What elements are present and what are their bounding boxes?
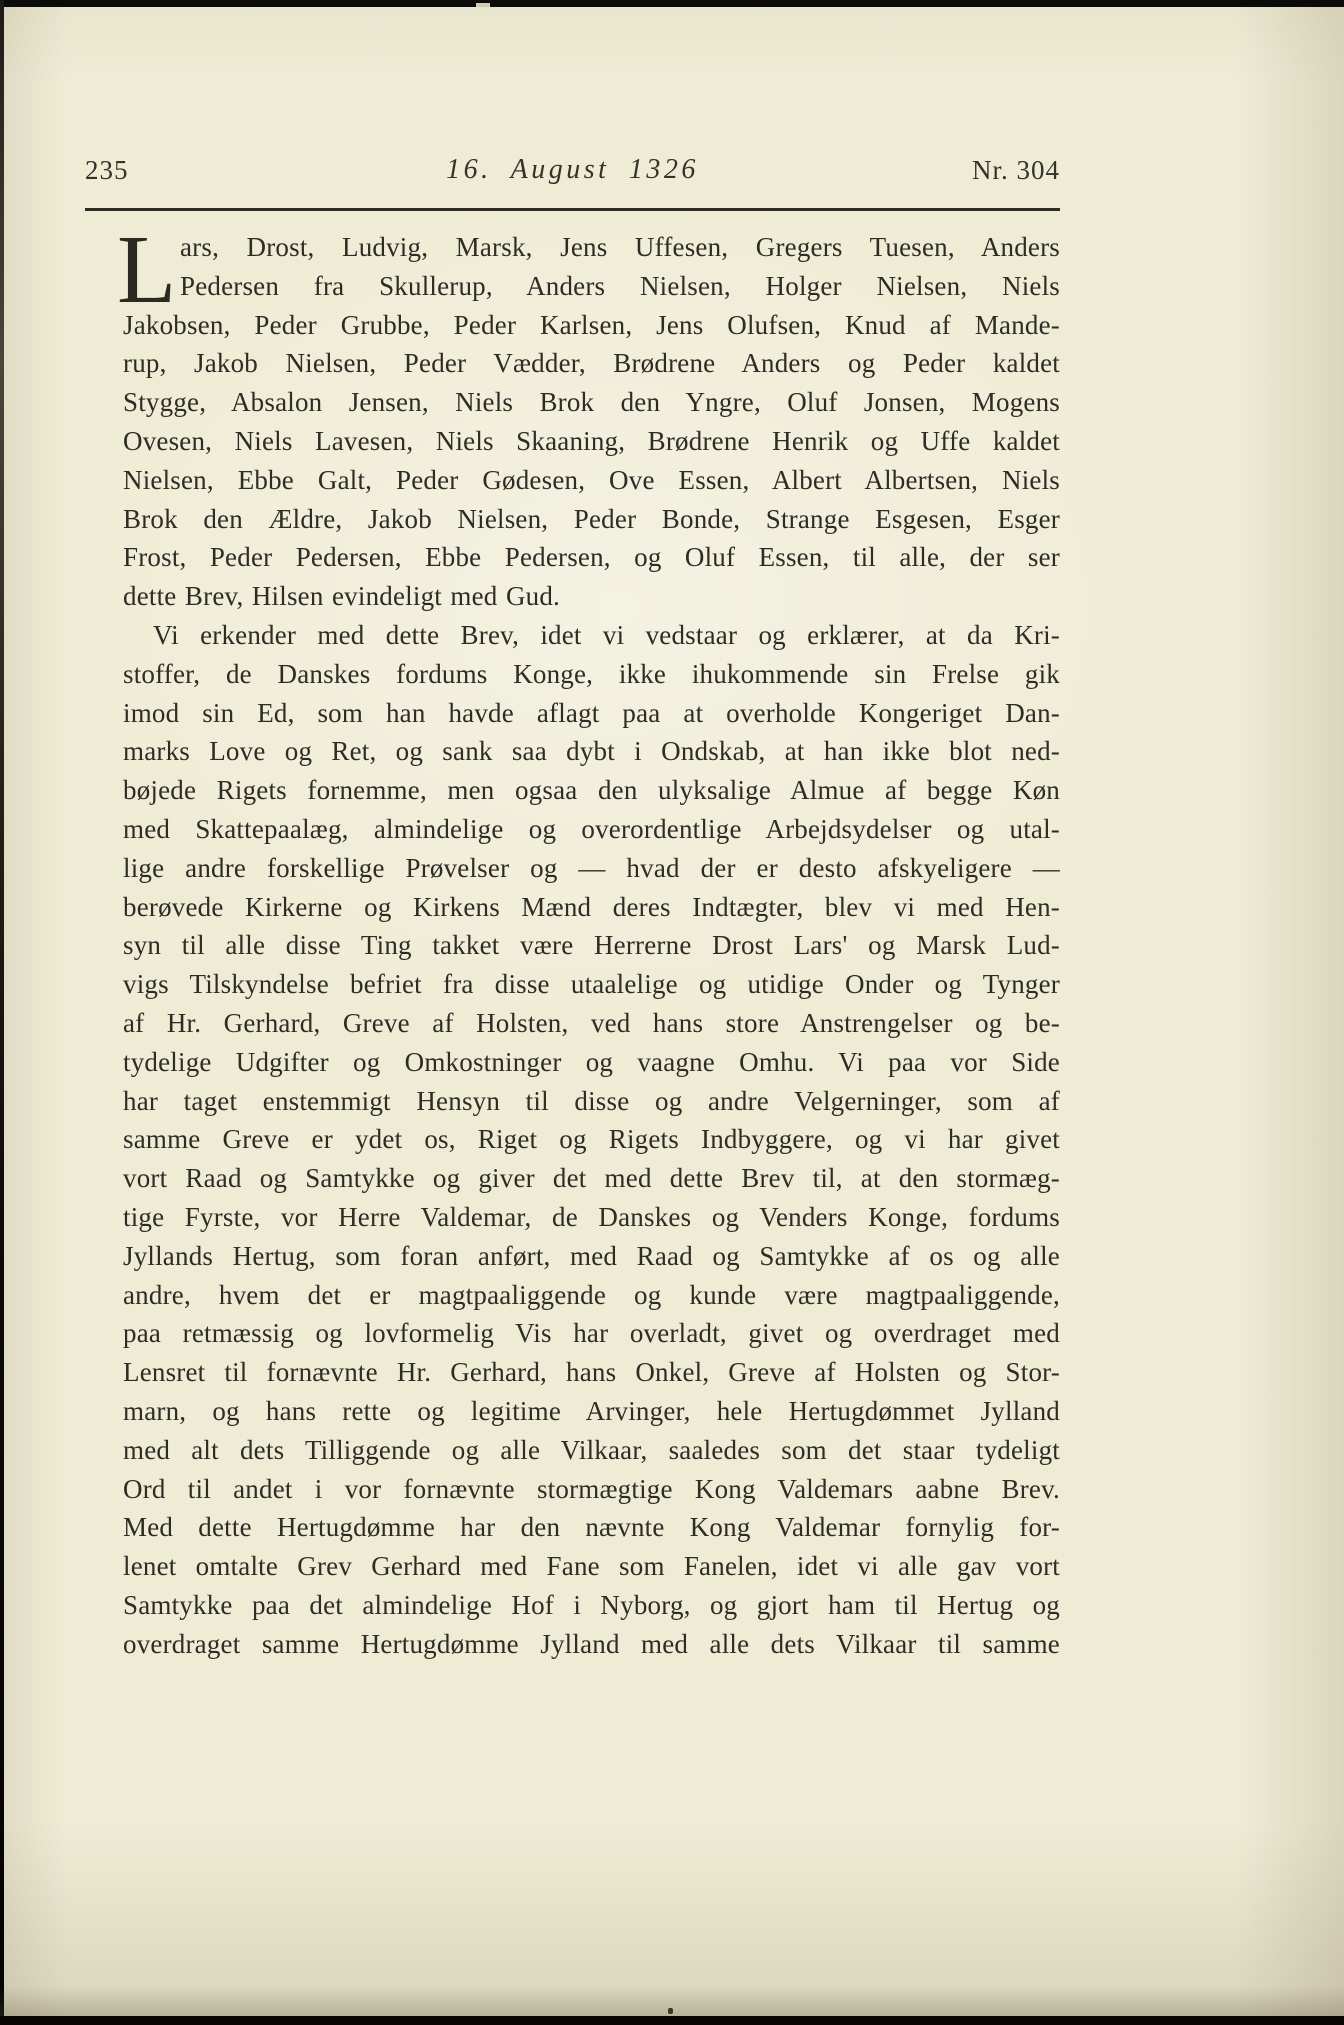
text-line: overdraget samme Hertugdømme Jylland med… [123,1625,1060,1664]
running-head-date: 16. August 1326 [85,154,1060,186]
text-line: tydelige Udgifter og Omkostninger og vaa… [123,1043,1060,1082]
scan-edge-left [0,0,4,2025]
text-line: Nielsen, Ebbe Galt, Peder Gødesen, Ove E… [123,461,1060,500]
text-line: Frost, Peder Pedersen, Ebbe Pedersen, og… [123,538,1060,577]
text-line: har taget enstemmigt Hensyn til disse og… [123,1082,1060,1121]
text-line: Jakobsen, Peder Grubbe, Peder Karlsen, J… [123,306,1060,345]
text-line: andre, hvem det er magtpaaliggende og ku… [123,1276,1060,1315]
text-line: vigs Tilskyndelse befriet fra disse utaa… [123,965,1060,1004]
text-line: tige Fyrste, vor Herre Valdemar, de Dans… [123,1198,1060,1237]
text-line: dette Brev, Hilsen evindeligt med Gud. [123,577,1060,616]
text-line: Brok den Ældre, Jakob Nielsen, Peder Bon… [123,500,1060,539]
text-line: Jyllands Hertug, som foran anført, med R… [123,1237,1060,1276]
page-header: 235 16. August 1326 Nr. 304 [85,152,1060,186]
text-line: marn, og hans rette og legitime Arvinger… [123,1392,1060,1431]
text-line: berøvede Kirkerne og Kirkens Mænd deres … [123,888,1060,927]
text-line: vort Raad og Samtykke og giver det med d… [123,1159,1060,1198]
text-line: med Skattepaalæg, almindelige og overord… [123,810,1060,849]
text-line: paa retmæssig og lovformelig Vis har ove… [123,1314,1060,1353]
text-line: Pedersen fra Skullerup, Anders Nielsen, … [123,267,1060,306]
text-line: Lensret til fornævnte Hr. Gerhard, hans … [123,1353,1060,1392]
text-line: af Hr. Gerhard, Greve af Holsten, ved ha… [123,1004,1060,1043]
text-line: Ovesen, Niels Lavesen, Niels Skaaning, B… [123,422,1060,461]
text-line: Ord til andet i vor fornævnte stormægtig… [123,1470,1060,1509]
scan-edge-top-notch [476,3,490,7]
text-line: Vi erkender med dette Brev, idet vi veds… [123,616,1060,655]
text-line: Samtykke paa det almindelige Hof i Nybor… [123,1586,1060,1625]
scanned-book-page: { "page": { "paper_color": "#efecd5", "i… [0,0,1344,2025]
text-line: imod sin Ed, som han havde aflagt paa at… [123,694,1060,733]
text-line: lige andre forskellige Prøvelser og — hv… [123,849,1060,888]
body-text: ars, Drost, Ludvig, Marsk, Jens Uffesen,… [123,228,1060,1663]
scan-edge-top [0,0,1344,7]
text-line: samme Greve er ydet os, Riget og Rigets … [123,1120,1060,1159]
text-line: Stygge, Absalon Jensen, Niels Brok den Y… [123,383,1060,422]
text-line: bøjede Rigets fornemme, men ogsaa den ul… [123,771,1060,810]
text-line: ars, Drost, Ludvig, Marsk, Jens Uffesen,… [123,228,1060,267]
scan-speck [668,2008,673,2014]
text-line: med alt dets Tilliggende og alle Vilkaar… [123,1431,1060,1470]
text-line: stoffer, de Danskes fordums Konge, ikke … [123,655,1060,694]
text-line: lenet omtalte Grev Gerhard med Fane som … [123,1547,1060,1586]
header-rule [85,208,1060,211]
text-line: syn til alle disse Ting takket være Herr… [123,926,1060,965]
text-line: Med dette Hertugdømme har den nævnte Kon… [123,1508,1060,1547]
text-line: marks Love og Ret, og sank saa dybt i On… [123,732,1060,771]
document-number: Nr. 304 [972,155,1060,186]
text-line: rup, Jakob Nielsen, Peder Vædder, Brødre… [123,344,1060,383]
scan-edge-bottom [0,2016,1344,2025]
